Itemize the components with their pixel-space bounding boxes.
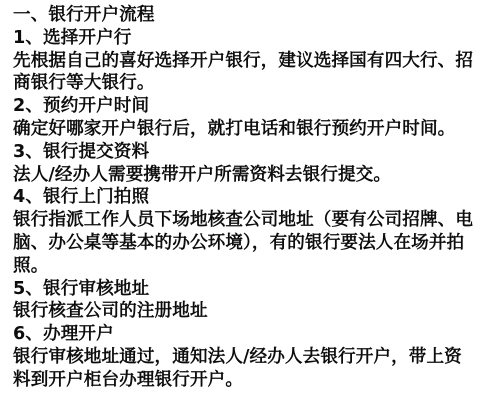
step-4-heading: 4、银行上门拍照: [13, 186, 478, 209]
step-4-body: 银行指派工作人员下场地核查公司地址（要有公司招牌、电 脑、办公桌等基本的办公环境…: [13, 209, 478, 277]
step-6-heading: 6、办理开户: [13, 323, 478, 346]
step-1-body: 先根据自己的喜好选择开户银行，建议选择国有四大行、招 商银行等大银行。: [13, 50, 478, 96]
step-5-heading: 5、银行审核地址: [13, 278, 478, 301]
step-3-submit-materials: 3、银行提交资料 法人/经办人需要携带开户所需资料去银行提交。: [13, 141, 478, 187]
step-2-body: 确定好哪家开户银行后，就打电话和银行预约开户时间。: [13, 118, 478, 141]
step-6-open-account: 6、办理开户 银行审核地址通过，通知法人/经办人去银行开户，带上资 料到开户柜台…: [13, 323, 478, 391]
step-5-body: 银行核查公司的注册地址: [13, 300, 478, 323]
step-3-heading: 3、银行提交资料: [13, 141, 478, 164]
step-4-site-photo: 4、银行上门拍照 银行指派工作人员下场地核查公司地址（要有公司招牌、电 脑、办公…: [13, 186, 478, 277]
step-2-appointment-time: 2、预约开户时间 确定好哪家开户银行后，就打电话和银行预约开户时间。: [13, 95, 478, 141]
step-3-body: 法人/经办人需要携带开户所需资料去银行提交。: [13, 164, 478, 187]
step-1-choose-bank: 1、选择开户行 先根据自己的喜好选择开户银行，建议选择国有四大行、招 商银行等大…: [13, 27, 478, 95]
document-title: 一、银行开户流程: [13, 4, 478, 27]
step-5-address-review: 5、银行审核地址 银行核查公司的注册地址: [13, 278, 478, 324]
bank-account-opening-document: 一、银行开户流程 1、选择开户行 先根据自己的喜好选择开户银行，建议选择国有四大…: [0, 0, 486, 402]
step-2-heading: 2、预约开户时间: [13, 95, 478, 118]
step-6-body: 银行审核地址通过，通知法人/经办人去银行开户，带上资 料到开户柜台办理银行开户。: [13, 346, 478, 392]
step-1-heading: 1、选择开户行: [13, 27, 478, 50]
